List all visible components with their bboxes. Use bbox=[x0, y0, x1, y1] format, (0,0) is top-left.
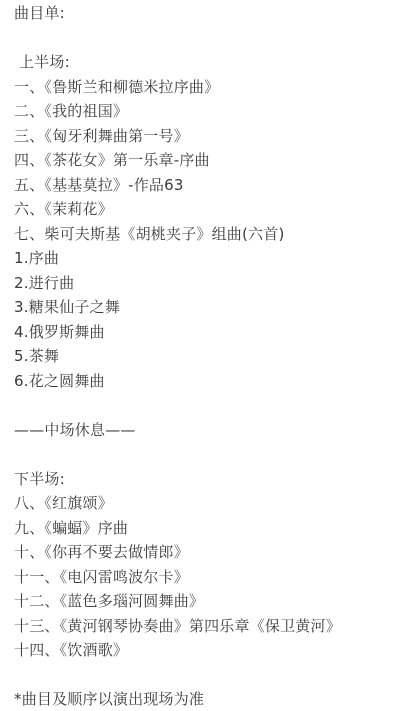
second-half-item-list: 八、《红旗颂》九、《蝙蝠》序曲十、《你再不要去做情郎》十一、《电闪雷鸣波尔卡》十… bbox=[14, 491, 392, 663]
program-item: 七、柴可夫斯基《胡桃夹子》组曲(六首) bbox=[14, 222, 392, 247]
program-item: 十、《你再不要去做情郎》 bbox=[14, 540, 392, 565]
program-title: 曲目单: bbox=[14, 1, 392, 26]
first-half-heading: 上半场: bbox=[14, 50, 392, 75]
program-sub-item: 3.糖果仙子之舞 bbox=[14, 295, 392, 320]
intermission-label: ——中场休息—— bbox=[14, 418, 392, 443]
program-sub-item: 4.俄罗斯舞曲 bbox=[14, 320, 392, 345]
program-item: 十三、《黄河钢琴协奏曲》第四乐章《保卫黄河》 bbox=[14, 614, 392, 639]
concert-program-document: 曲目单: 上半场: 一、《鲁斯兰和柳德米拉序曲》二、《我的祖国》三、《匈牙利舞曲… bbox=[0, 0, 402, 711]
nutcracker-movement-list: 1.序曲2.进行曲3.糖果仙子之舞4.俄罗斯舞曲5.茶舞6.花之圆舞曲 bbox=[14, 246, 392, 393]
blank-line bbox=[14, 663, 392, 688]
program-item: 十四、《饮酒歌》 bbox=[14, 638, 392, 663]
blank-line bbox=[14, 26, 392, 51]
program-sub-item: 2.进行曲 bbox=[14, 271, 392, 296]
program-item: 五、《基基莫拉》-作品63 bbox=[14, 173, 392, 198]
blank-line bbox=[14, 442, 392, 467]
program-item: 十二、《蓝色多瑙河圆舞曲》 bbox=[14, 589, 392, 614]
program-sub-item: 1.序曲 bbox=[14, 246, 392, 271]
program-item: 四、《茶花女》第一乐章-序曲 bbox=[14, 148, 392, 173]
program-footnote: *曲目及顺序以演出现场为准 bbox=[14, 687, 392, 711]
program-item: 三、《匈牙利舞曲第一号》 bbox=[14, 124, 392, 149]
program-item: 十一、《电闪雷鸣波尔卡》 bbox=[14, 565, 392, 590]
first-half-item-list: 一、《鲁斯兰和柳德米拉序曲》二、《我的祖国》三、《匈牙利舞曲第一号》四、《茶花女… bbox=[14, 75, 392, 247]
blank-line bbox=[14, 393, 392, 418]
second-half-heading: 下半场: bbox=[14, 467, 392, 492]
program-item: 九、《蝙蝠》序曲 bbox=[14, 516, 392, 541]
program-item: 六、《茉莉花》 bbox=[14, 197, 392, 222]
program-item: 一、《鲁斯兰和柳德米拉序曲》 bbox=[14, 75, 392, 100]
program-item: 八、《红旗颂》 bbox=[14, 491, 392, 516]
program-sub-item: 5.茶舞 bbox=[14, 344, 392, 369]
program-sub-item: 6.花之圆舞曲 bbox=[14, 369, 392, 394]
program-item: 二、《我的祖国》 bbox=[14, 99, 392, 124]
